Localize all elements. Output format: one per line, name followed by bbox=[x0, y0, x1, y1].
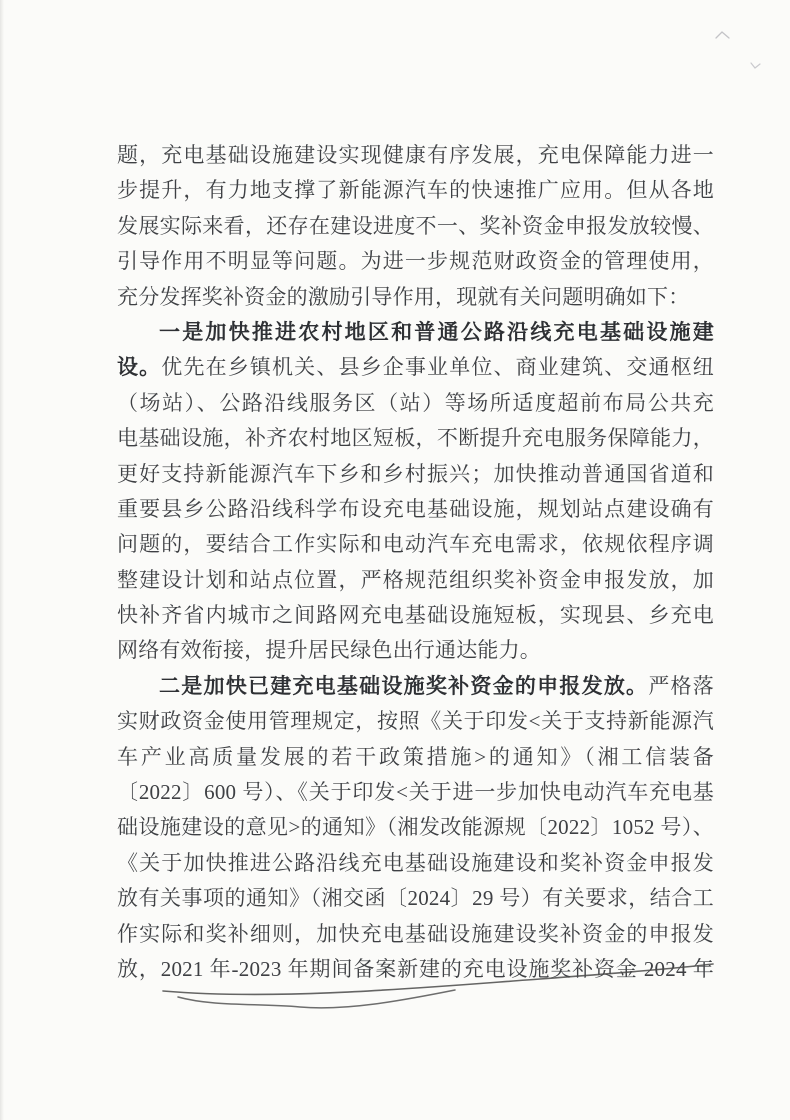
text-line: 步提升，有力地支撑了新能源汽车的快速推广应用。但从各地 bbox=[117, 173, 714, 208]
text-line: 问题的，要结合工作实际和电动汽车充电需求，依规依程序调 bbox=[117, 527, 714, 562]
scan-speck-icon bbox=[751, 63, 760, 68]
text-line: 作实际和奖补细则，加快充电基础设施建设奖补资金的申报发 bbox=[117, 917, 714, 952]
document-body: 题，充电基础设施建设实现健康有序发展，充电保障能力进一步提升，有力地支撑了新能源… bbox=[117, 138, 714, 987]
bold-lead-text: 二是加快已建充电基础设施奖补资金的申报发放。 bbox=[159, 674, 648, 698]
text-line: 电基础设施，补齐农村地区短板，不断提升充电服务保障能力， bbox=[117, 421, 714, 456]
scan-speck-icon bbox=[716, 32, 729, 38]
text-line: 〔2022〕600 号）、《关于印发<关于进一步加快电动汽车充电基 bbox=[117, 775, 714, 810]
text-line: 二是加快已建充电基础设施奖补资金的申报发放。严格落 bbox=[117, 669, 714, 704]
text-line: 充分发挥奖补资金的激励引导作用，现就有关问题明确如下： bbox=[117, 280, 714, 315]
text-line: 引导作用不明显等问题。为进一步规范财政资金的管理使用， bbox=[117, 244, 714, 279]
text-line: 一是加快推进农村地区和普通公路沿线充电基础设施建 bbox=[117, 315, 714, 350]
text-line: 发展实际来看，还存在建设进度不一、奖补资金申报发放较慢、 bbox=[117, 209, 714, 244]
text-line: 设。优先在乡镇机关、县乡企事业单位、商业建筑、交通枢纽 bbox=[117, 350, 714, 385]
text-line: 题，充电基础设施建设实现健康有序发展，充电保障能力进一 bbox=[117, 138, 714, 173]
text-line: 《关于加快推进公路沿线充电基础设施建设和奖补资金申报发 bbox=[117, 846, 714, 881]
scanned-document-page: 题，充电基础设施建设实现健康有序发展，充电保障能力进一步提升，有力地支撑了新能源… bbox=[0, 0, 790, 1120]
text-line: 车产业高质量发展的若干政策措施>的通知》（湘工信装备 bbox=[117, 740, 714, 775]
text-line: 放，2021 年-2023 年期间备案新建的充电设施奖补资金 2024 年 bbox=[117, 952, 714, 987]
text-line: 础设施建设的意见>的通知》（湘发改能源规〔2022〕1052 号）、 bbox=[117, 810, 714, 845]
text-line: 快补齐省内城市之间路网充电基础设施短板，实现县、乡充电 bbox=[117, 598, 714, 633]
bold-lead-text: 一是加快推进农村地区和普通公路沿线充电基础设施建 bbox=[159, 320, 714, 344]
text-line: 重要县乡公路沿线科学布设充电基础设施，规划站点建设确有 bbox=[117, 492, 714, 527]
text-line: 更好支持新能源汽车下乡和乡村振兴；加快推动普通国省道和 bbox=[117, 457, 714, 492]
scan-edge-shadow bbox=[0, 0, 4, 1120]
text-line: 实财政资金使用管理规定，按照《关于印发<关于支持新能源汽 bbox=[117, 704, 714, 739]
text-line: （场站）、公路沿线服务区（站）等场所适度超前布局公共充 bbox=[117, 386, 714, 421]
text-line: 网络有效衔接，提升居民绿色出行通达能力。 bbox=[117, 633, 714, 668]
text-line: 放有关事项的通知》（湘交函〔2024〕29 号）有关要求，结合工 bbox=[117, 881, 714, 916]
bold-lead-text: 设。 bbox=[117, 355, 161, 379]
text-line: 整建设计划和站点位置，严格规范组织奖补资金申报发放，加 bbox=[117, 563, 714, 598]
